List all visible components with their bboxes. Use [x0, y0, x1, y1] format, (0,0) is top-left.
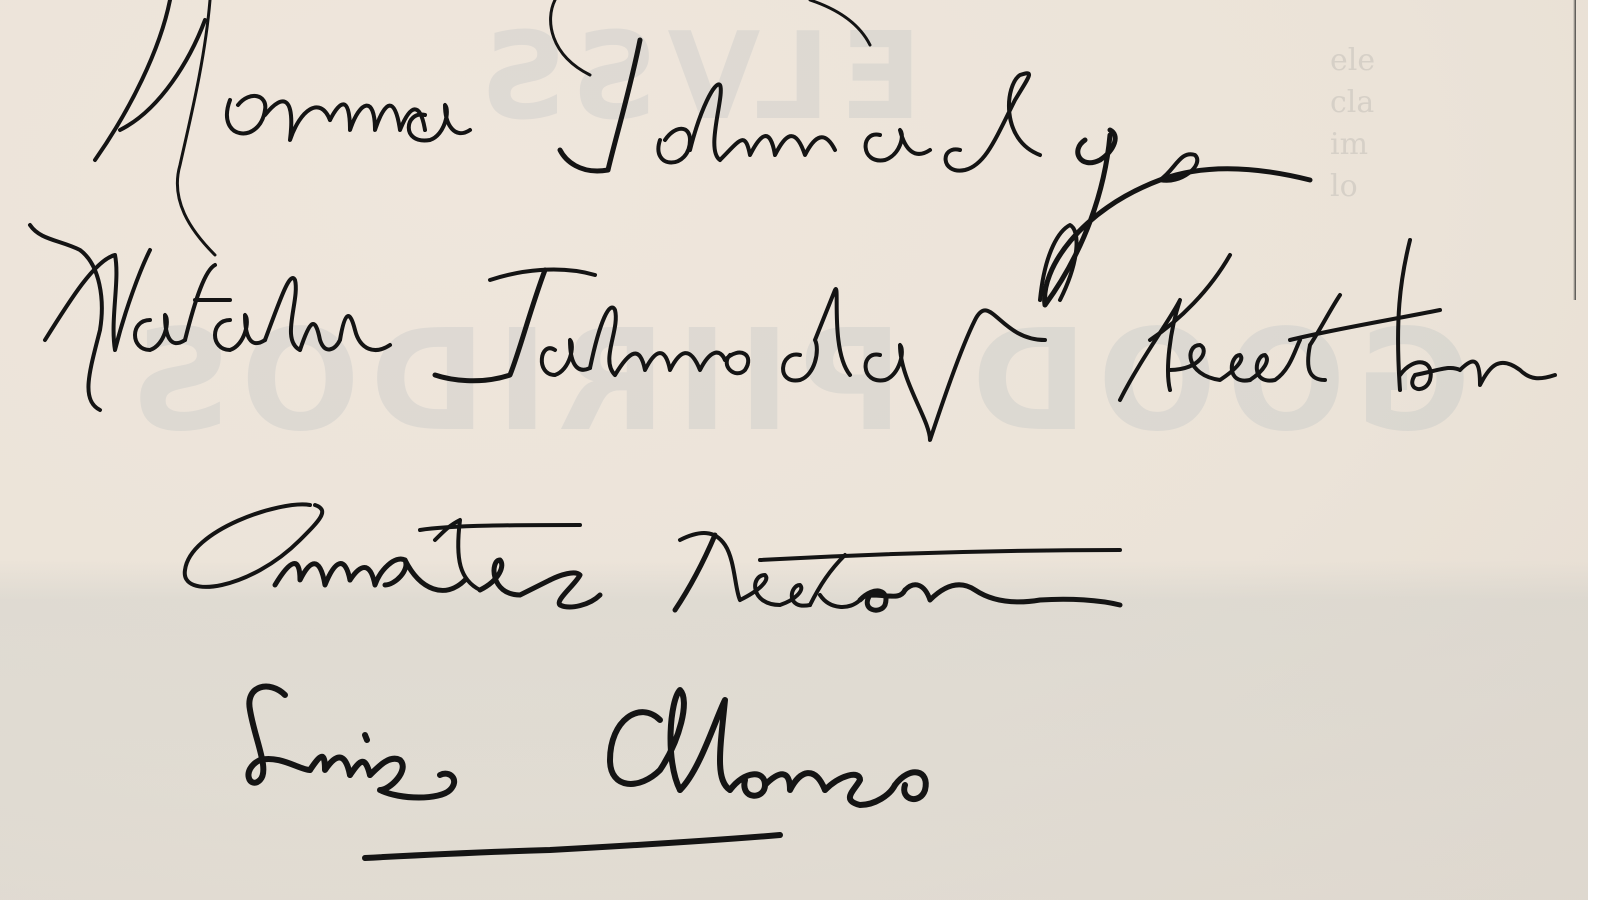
paper-background: ELVSS GOOD PIIRIDOS ele cla im lo — [0, 0, 1588, 900]
signature-luis-alonso — [248, 687, 925, 858]
signature-natalie-talmadge-keaton — [30, 225, 1555, 440]
signatures-layer — [0, 0, 1600, 900]
signature-norma-talmadge — [95, 0, 1310, 305]
signature-buster-keaton — [185, 504, 1120, 610]
